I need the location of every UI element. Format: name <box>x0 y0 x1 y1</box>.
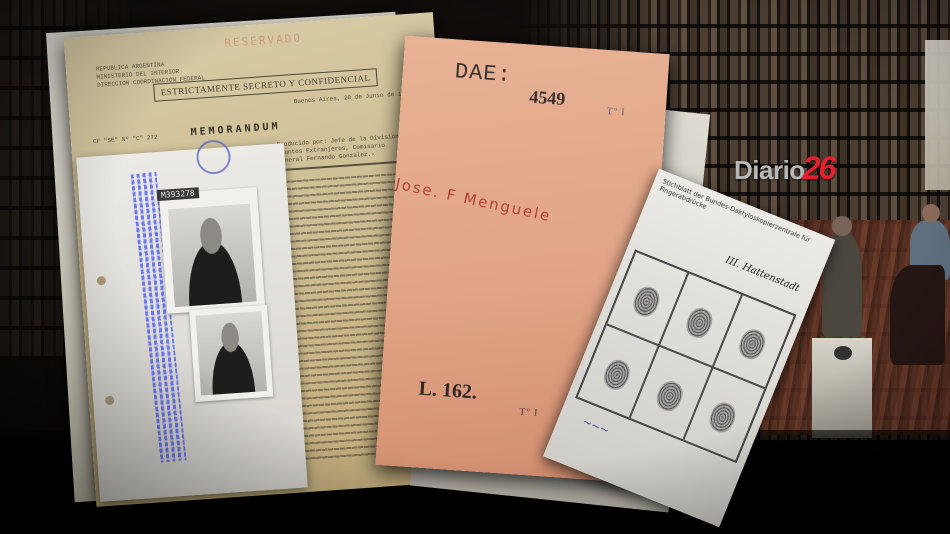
folder-number: 4549 <box>529 87 566 110</box>
tome-mark: Tº I <box>519 407 539 419</box>
fingerprint-icon <box>736 326 769 363</box>
tome-mark: Tº I <box>606 106 626 118</box>
signature: ~~~ <box>581 415 612 437</box>
memo-from-block: Producido por: Jefe de la División Asunt… <box>276 132 407 165</box>
fingerprint-icon <box>600 357 633 394</box>
reservado-stamp: RESERVADO <box>224 31 302 49</box>
person-head <box>832 216 852 236</box>
folder-label: DAE: <box>454 59 512 88</box>
handwritten-name: Jose. F Menguele <box>394 175 553 226</box>
exhibit-object <box>834 346 852 360</box>
logo-number: 26 <box>803 150 835 187</box>
visitor-person-bending <box>890 265 945 365</box>
handwritten-entry: III. Hattenstadt <box>724 255 801 295</box>
punch-hole <box>97 276 107 286</box>
memo-reference: CF "SE" Nº "C" 272 <box>93 134 158 146</box>
portrait-photo: M393278 <box>159 187 265 314</box>
fingerprint-icon <box>682 305 715 342</box>
photo-collage: RESERVADO REPUBLICA ARGENTINA MINISTERIO… <box>0 0 950 534</box>
diario26-logo: Diario 26 <box>734 150 834 187</box>
portrait-photo <box>189 305 273 402</box>
memo-date: Buenos Aires, 20 de Junio de 1960 <box>293 90 412 105</box>
portrait-image <box>168 204 257 307</box>
memo-title: MEMORANDUM <box>190 121 281 138</box>
archive-window <box>925 40 950 190</box>
fingerprint-icon <box>629 283 662 320</box>
legajo-number: L. 162. <box>418 378 478 405</box>
person-head <box>922 204 940 222</box>
logo-word: Diario <box>734 155 805 186</box>
portrait-image <box>196 311 267 395</box>
display-pedestal <box>812 338 872 438</box>
photo-id-number: M393278 <box>157 187 199 201</box>
punch-hole <box>105 396 115 406</box>
identity-card: M393278 <box>76 143 308 502</box>
fingerprint-icon <box>706 400 739 437</box>
fingerprint-icon <box>653 378 686 415</box>
